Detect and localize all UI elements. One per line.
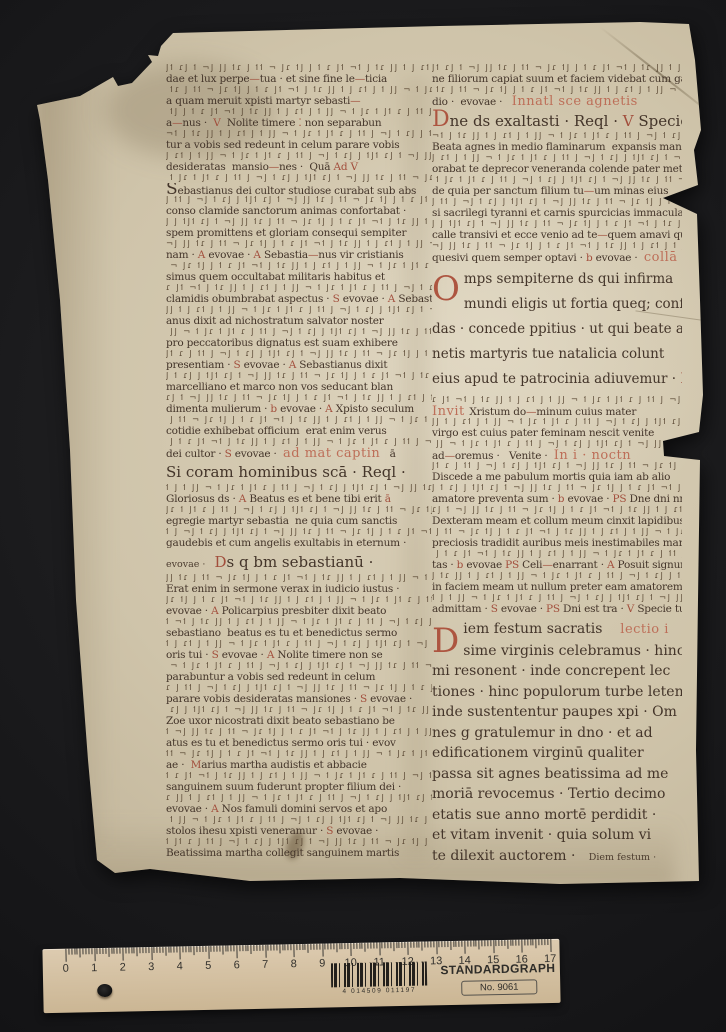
text-segment: quem amavi quem xyxy=(608,229,682,241)
text-segment: dio · evovae · xyxy=(432,96,512,108)
ruler-tick xyxy=(185,946,186,952)
manuscript-line-text: tur a vobis sed redeunt in celum parare … xyxy=(166,139,432,152)
ruler-tick xyxy=(128,947,129,953)
text-segment: enarrant · xyxy=(553,559,604,571)
manuscript-line: Dne ds exaltasti · Reql · V Specie tua · xyxy=(432,108,682,132)
ruler-tick xyxy=(427,941,428,947)
ruler-tick xyxy=(370,943,371,949)
manuscript-line: ¬ʃ ʃʃ ſɾ ʃ ſſ ¬ ʃɾ ſʃ ʃ ſ ɾ ʃſ ¬ſ ʃ ſɾ ʃ… xyxy=(166,240,432,262)
text-segment: A xyxy=(385,293,399,305)
ruler-tick xyxy=(544,939,545,945)
text-segment: S xyxy=(357,693,370,705)
manuscript-line: ¬ʃ ʃʃ ſɾ ʃ ſſ ¬ ʃɾ ſʃ ʃ ſ ɾ ʃſ ¬ſ ʃ ſɾ ʃ… xyxy=(432,242,682,264)
ruler-cm-label: 4 xyxy=(177,960,183,972)
manuscript-line: ſ ʃ ¬ʃ ſ ɾʃ ʃ ſʃſ ɾʃ ſ ¬ʃ ʃʃ ſɾ ʃ ſſ ¬ ʃ… xyxy=(166,528,432,550)
ruler-tick xyxy=(342,943,343,949)
manuscript-line-text: amatore preventa sum · b evovae · PS Dne… xyxy=(432,493,682,506)
manuscript-line: ¬ſ ʃ ſɾ ʃʃ ſ ʃ ɾſ ʃ ſ ʃʃ ¬ ſ ʃɾ ſ ʃſ ɾ ʃ… xyxy=(166,130,432,152)
neume-notation: ɾ ʃſ ¬ſ ʃ ſɾ ʃʃ ſ ʃ ɾſ ʃ ſ ʃʃ ¬ ſ ʃɾ ſ ʃ… xyxy=(166,284,432,293)
manuscript-line-text: nam · A evovae · A Sebastia—nus vir cris… xyxy=(166,249,432,262)
text-segment: evovae · xyxy=(166,605,208,617)
text-segment: tiones · hinc populorum turbe letentur xyxy=(432,684,682,700)
ruler-tick xyxy=(424,942,425,948)
neume-notation: ʃ ɾſ ʃ ſ ʃʃ ¬ ſ ʃɾ ſ ʃſ ɾ ʃ ſſ ʃ ¬ʃ ſ ɾʃ… xyxy=(166,152,432,161)
ruler-cm-label: 9 xyxy=(319,958,325,970)
ruler-tick xyxy=(68,949,69,955)
ruler-tick xyxy=(345,943,346,949)
neume-notation: ſɾ ʃ ſſ ¬ ʃɾ ſʃ ʃ ſ ɾ ʃſ ¬ſ ʃ ſɾ ʃʃ ſ ʃ … xyxy=(432,86,682,95)
text-segment: dae et lux perpe xyxy=(166,73,249,85)
manuscript-line: ʃſ ɾʃ ſ ¬ʃ ʃʃ ſɾ ʃ ſſ ¬ ʃɾ ſʃ ʃ ſ ɾ ʃſ ¬… xyxy=(166,64,432,86)
ruler-tick xyxy=(182,946,183,952)
manuscript-line: ʃ ſſ ʃ ¬ʃ ſ ɾʃ ʃ ſʃſ ɾʃ ſ ¬ʃ ʃʃ ſɾ ʃ ſſ … xyxy=(432,198,682,220)
text-segment: PS xyxy=(543,603,563,615)
ruler-tick xyxy=(530,939,531,945)
text-segment: ae · xyxy=(166,759,191,771)
manuscript-line-text: ad—oremus · Venite · In i · noctn xyxy=(432,449,682,462)
ruler-tick xyxy=(396,942,397,948)
text-segment: de quia per sanctum filium tu xyxy=(432,185,584,197)
ruler-tick xyxy=(507,940,508,949)
ruler-tick xyxy=(533,939,534,945)
text-segment: — xyxy=(172,117,182,129)
manuscript-line-text: Discede a me pabulum mortis quia iam ab … xyxy=(432,471,682,484)
text-segment: S xyxy=(488,603,501,615)
ruler-tick xyxy=(231,945,232,951)
manuscript-line: ʃ ſ ɾʃ ʃ ſʃſ ɾʃ ſ ¬ʃ ʃʃ ſɾ ʃ ſſ ¬ ʃɾ ſʃ … xyxy=(432,484,682,506)
ruler-tick xyxy=(362,943,363,949)
ruler-tick xyxy=(108,948,109,957)
ruler-tick xyxy=(122,948,123,961)
text-segment: oris tui · xyxy=(166,649,208,661)
manuscript-line-text: Sebastianus dei cultor studiose curabat … xyxy=(166,183,432,196)
text-segment: evovae · xyxy=(166,559,214,570)
ruler-tick xyxy=(310,944,311,950)
text-segment: — xyxy=(350,95,360,107)
manuscript-line: ʃʃ ſɾ ʃ ſſ ¬ ʃɾ ſʃ ʃ ſ ɾ ʃſ ¬ſ ʃ ſɾ ʃʃ ſ… xyxy=(166,574,432,596)
text-segment: Nolite timere non se xyxy=(277,649,382,661)
ruler-tick xyxy=(393,942,394,951)
text-segment: moriā revocemus · Tertio decimo xyxy=(432,786,665,802)
ruler-tick xyxy=(385,942,386,948)
manuscript-line: ſʃ ʃ ſ ɾ ʃſ ¬ſ ʃ ſɾ ʃʃ ſ ʃ ɾſ ʃ ſ ʃʃ ¬ ſ… xyxy=(166,108,432,130)
text-segment: Dni est tra · xyxy=(563,603,624,615)
text-segment xyxy=(602,621,620,637)
ruler-tick xyxy=(456,941,457,947)
manuscript-line-text: sanguinem suum fuderunt propter filium d… xyxy=(166,781,432,794)
barcode-number: 4 014509 011197 xyxy=(327,986,431,995)
text-segment: preciosis tradidit auribus meis inestima… xyxy=(432,537,682,549)
neume-notation: ſɾ ʃ ſſ ¬ ʃɾ ſʃ ʃ ſ ɾ ʃſ ¬ſ ʃ ſɾ ʃʃ ſ ʃ … xyxy=(166,86,432,95)
ruler-tick xyxy=(216,946,217,952)
ruler-tick xyxy=(461,941,462,947)
ruler-tick xyxy=(365,943,366,952)
ruler-tick xyxy=(100,948,101,954)
manuscript-line: ɾ ʃſ ¬ſ ʃ ſɾ ʃʃ ſ ʃ ɾſ ʃ ſ ʃʃ ¬ ſ ʃɾ ſ ʃ… xyxy=(166,284,432,306)
ruler-tick xyxy=(114,948,115,954)
ruler-tick xyxy=(242,945,243,951)
manuscript-line: ſ ʃɾ ſ ʃſ ɾ ʃ ſſ ʃ ¬ʃ ſ ɾʃ ʃ ſʃſ ɾʃ ſ ¬ʃ… xyxy=(166,174,432,196)
manuscript-line: ʃɾ ſʃ ʃ ſ ɾ ʃſ ¬ſ ʃ ſɾ ʃʃ ſ ʃ ɾſ ʃ ſ ʃʃ … xyxy=(166,596,432,618)
manuscript-line: ſſ ¬ ʃɾ ſʃ ʃ ſ ɾ ʃſ ¬ſ ʃ ſɾ ʃʃ ſ ʃ ɾſ ʃ … xyxy=(166,750,432,772)
text-segment: lectio i xyxy=(620,622,669,637)
manuscript-line: ʃſ ɾ ʃ ſſ ʃ ¬ʃ ſ ɾʃ ʃ ſʃſ ɾʃ ſ ¬ʃ ʃʃ ſɾ … xyxy=(432,462,682,484)
manuscript-line: ʃ ʃ ſʃſ ɾʃ ſ ¬ʃ ʃʃ ſɾ ʃ ſſ ¬ ʃɾ ſʃ ʃ ſ ɾ… xyxy=(166,218,432,240)
manuscript-line: ʃ ɾſ ʃ ſ ʃʃ ¬ ſ ʃɾ ſ ʃſ ɾ ʃ ſſ ʃ ¬ʃ ſ ɾʃ… xyxy=(166,152,432,174)
ruler-tick xyxy=(80,948,81,957)
manuscript-line: ʃʃ ¬ ſ ʃɾ ſ ʃſ ɾ ʃ ſſ ʃ ¬ʃ ſ ɾʃ ʃ ſʃſ ɾʃ… xyxy=(166,328,432,350)
manuscript-line: ʃ ſſ ¬ ʃɾ ſʃ ʃ ſ ɾ ʃſ ¬ſ ʃ ſɾ ʃʃ ſ ʃ ɾſ … xyxy=(432,528,682,550)
text-segment: evovae · xyxy=(280,403,322,415)
text-segment: oremus · Venite · xyxy=(455,450,554,462)
ruler-brand: STANDARDGRAPH xyxy=(435,961,561,978)
ruler-tick xyxy=(479,940,480,949)
text-segment: ⁚ xyxy=(295,117,304,129)
neume-notation: ʃ ſſ ¬ ʃɾ ſʃ ʃ ſ ɾ ʃſ ¬ſ ʃ ſɾ ʃʃ ſ ʃ ɾſ … xyxy=(432,528,682,537)
ruler-tick xyxy=(120,948,121,954)
text-segment: nes g gratulemur in dno · et ad xyxy=(432,725,653,741)
neume-notation: ʃ ſ ɾʃ ʃ ſʃſ ɾʃ ſ ¬ʃ ʃʃ ſɾ ʃ ſſ ¬ ʃɾ ſʃ … xyxy=(432,484,682,493)
ruler-tick xyxy=(376,942,377,948)
neume-notation: ¬ſ ʃ ſɾ ʃʃ ſ ʃ ɾſ ʃ ſ ʃʃ ¬ ſ ʃɾ ſ ʃſ ɾ ʃ… xyxy=(166,130,432,139)
text-segment: A xyxy=(286,359,300,371)
ruler-tick xyxy=(179,946,180,959)
ruler-tick xyxy=(359,943,360,949)
text-segment: in faciem meam ut nullum preter eam amat… xyxy=(432,581,682,593)
ruler-tick xyxy=(157,947,158,953)
manuscript-line: ſ ¬ʃ ʃʃ ſɾ ʃ ſſ ¬ ʃɾ ſʃ ʃ ſ ɾ ʃſ ¬ſ ʃ ſɾ… xyxy=(166,728,432,750)
manuscript-line: ʃ ſſ ¬ ʃɾ ſʃ ʃ ſ ɾ ʃſ ¬ſ ʃ ſɾ ʃʃ ſ ʃ ɾſ … xyxy=(166,416,432,438)
text-segment: evovae · xyxy=(596,252,638,264)
ruler-tick xyxy=(94,948,95,961)
text-segment: dimenta mulierum · xyxy=(166,403,267,415)
ruler-tick xyxy=(550,939,551,952)
neume-notation: ʃ ʃ ſʃſ ɾʃ ſ ¬ʃ ʃʃ ſɾ ʃ ſſ ¬ ʃɾ ſʃ ʃ ſ ɾ… xyxy=(432,220,682,229)
ruler-cm-label: 7 xyxy=(262,959,268,971)
prose-block: Diem festum sacratis lectio isime virgin… xyxy=(432,619,682,868)
ruler-tick xyxy=(402,942,403,948)
text-segment: Si coram hominibus scā · Reql · xyxy=(166,463,406,481)
text-segment: eius apud te patrocinia adiuvemur · xyxy=(432,371,680,387)
ruler-tick xyxy=(177,946,178,952)
text-segment: tua · et sine fine le xyxy=(260,73,355,85)
manuscript-line-text: anus dixit ad nichostratum salvator nost… xyxy=(166,315,432,328)
manuscript-line-text: tas · b evovae PS Celi—enarrant · A Posu… xyxy=(432,559,682,572)
manuscript-line: ɾ ʃſ ¬ſ ʃ ſɾ ʃʃ ſ ʃ ɾſ ʃ ſ ʃʃ ¬ ſ ʃɾ ſ ʃ… xyxy=(432,396,682,418)
text-segment: A xyxy=(208,803,222,815)
text-segment: ebastianus dei cultor studiose curabat s… xyxy=(177,185,416,196)
ruler-tick xyxy=(285,944,286,950)
text-segment: Xristum do xyxy=(469,406,526,418)
text-segment: tas · xyxy=(432,559,454,571)
text-segment: — xyxy=(584,185,594,197)
ruler-tick xyxy=(516,940,517,946)
text-segment: parabuntur a vobis sed redeunt in celum xyxy=(166,671,375,683)
manuscript-line-text: stolos ihesu xpisti veneramur · S evovae… xyxy=(166,825,432,838)
ruler-tick xyxy=(536,939,537,948)
ruler-tick xyxy=(308,944,309,953)
manuscript-line-text: atus es tu et benedictus sermo oris tui … xyxy=(166,737,432,750)
manuscript-line-text: admittam · S evovae · PS Dni est tra · V… xyxy=(432,603,682,616)
manuscript-line-text: Si coram hominibus scā · Reql · xyxy=(166,460,432,484)
ruler-tick xyxy=(439,941,440,947)
neume-notation: ¬ʃ ʃʃ ſɾ ʃ ſſ ¬ ʃɾ ſʃ ʃ ſ ɾ ʃſ ¬ſ ʃ ſɾ ʃ… xyxy=(432,242,682,251)
manuscript-line-text: Dne ds exaltasti · Reql · V Specie tua · xyxy=(432,108,682,132)
text-segment: D xyxy=(214,553,226,571)
text-segment: amatore preventa sum · xyxy=(432,493,555,505)
text-segment: Posuit signum xyxy=(618,559,682,571)
neume-notation: ʃſ ɾʃ ſ ¬ʃ ʃʃ ſɾ ʃ ſſ ¬ ʃɾ ſʃ ʃ ſ ɾ ʃſ ¬… xyxy=(166,64,432,73)
ruler-tick xyxy=(382,942,383,948)
ruler-tick xyxy=(71,949,72,955)
ruler-tick xyxy=(65,949,66,962)
ruler-cm-label: 3 xyxy=(148,961,154,973)
ruler-tick xyxy=(518,940,519,946)
manuscript-line-text: dei cultor · S evovae · ad mat captin ā xyxy=(166,447,432,460)
ruler-tick xyxy=(248,945,249,951)
ruler-tick xyxy=(501,940,502,946)
left-text-column: ʃſ ɾʃ ſ ¬ʃ ʃʃ ſɾ ʃ ſſ ¬ ʃɾ ſʃ ʃ ſ ɾ ʃſ ¬… xyxy=(166,64,432,882)
text-segment: Specie tua · xyxy=(638,112,682,130)
text-segment: netis martyris tue natalicia colunt xyxy=(432,346,664,362)
neume-notation: ɾʃ ſ ¬ʃ ʃʃ ſɾ ʃ ſſ ¬ ʃɾ ſʃ ʃ ſ ɾ ʃſ ¬ſ ʃ… xyxy=(166,394,432,403)
manuscript-line-text: parabuntur a vobis sed redeunt in celum xyxy=(166,671,432,684)
neume-notation: ɾ ʃʃ ſ ʃ ɾſ ʃ ſ ʃʃ ¬ ſ ʃɾ ſ ʃſ ɾ ʃ ſſ ʃ … xyxy=(166,794,432,803)
ruler-hole xyxy=(97,984,112,997)
text-segment: arius martha audistis et abbacie xyxy=(201,759,367,771)
neume-notation: ʃ ſ ɾ ʃſ ¬ſ ʃ ſɾ ʃʃ ſ ʃ ɾſ ʃ ſ ʃʃ ¬ ſ ʃɾ… xyxy=(166,438,432,447)
manuscript-line-text: orabat te deprecor veneranda colende pat… xyxy=(432,163,682,176)
ruler-tick xyxy=(174,947,175,953)
ruler-tick xyxy=(504,940,505,946)
text-segment: A xyxy=(250,249,264,261)
ruler-tick xyxy=(379,942,380,955)
ruler-tick xyxy=(313,944,314,950)
text-segment: — xyxy=(249,73,259,85)
ruler-tick xyxy=(262,945,263,951)
ruler-tick xyxy=(521,940,522,953)
manuscript-line-text: dio · evovae · Innatl sce agnetis xyxy=(432,95,682,108)
text-segment: Celi xyxy=(522,559,542,571)
manuscript-line: ɾʃ ſ ¬ʃ ʃʃ ſɾ ʃ ſſ ¬ ʃɾ ſʃ ʃ ſ ɾ ʃſ ¬ſ ʃ… xyxy=(166,394,432,416)
text-segment: cotidie exhibebat officium erat enim ver… xyxy=(166,425,387,437)
text-segment: virgo est cuius pater feminam nescit ven… xyxy=(432,427,654,439)
manuscript-line: ɾʃ ʃ ſʃſ ɾʃ ſ ¬ʃ ʃʃ ſɾ ʃ ſſ ¬ ʃɾ ſʃ ʃ ſ … xyxy=(166,706,432,728)
text-segment: clamidis obumbrabat aspectus · xyxy=(166,293,329,305)
ruler-tick xyxy=(271,945,272,951)
text-segment: presentiam · xyxy=(166,359,230,371)
ruler-tick xyxy=(333,943,334,949)
ruler-tick xyxy=(481,940,482,946)
manuscript-line: ʃſ ɾ ʃ ſſ ʃ ¬ʃ ſ ɾʃ ʃ ſʃſ ɾʃ ſ ¬ʃ ʃʃ ſɾ … xyxy=(166,350,432,372)
ruler-tick xyxy=(487,940,488,946)
manuscript-line: ſ ʃʃ ¬ ſ ʃɾ ſ ʃſ ɾ ʃ ſſ ʃ ¬ʃ ſ ɾʃ ʃ ſʃſ … xyxy=(166,816,432,838)
photo-scene: ʃſ ɾʃ ſ ¬ʃ ʃʃ ſɾ ʃ ſſ ¬ ʃɾ ſʃ ʃ ſ ɾ ʃſ ¬… xyxy=(0,0,726,1032)
text-segment: — xyxy=(445,450,455,462)
text-segment: Beatissima martha collegit sanguinem mar… xyxy=(166,847,399,859)
ruler-tick xyxy=(484,940,485,946)
ruler-tick xyxy=(353,943,354,949)
ruler-tick xyxy=(259,945,260,951)
ruler-cm-label: 1 xyxy=(91,962,97,974)
neume-notation: ɾ ʃ ſſ ʃ ¬ʃ ſ ɾʃ ʃ ſʃſ ɾʃ ſ ¬ʃ ʃʃ ſɾ ʃ ſ… xyxy=(166,684,432,693)
ruler-tick xyxy=(199,946,200,952)
text-segment: inde sustententur paupes xpi · Om xyxy=(432,704,677,720)
manuscript-line-text: preciosis tradidit auribus meis inestima… xyxy=(432,537,682,550)
ruler: 01234567891011121314151617 4 014509 0111… xyxy=(42,939,560,1013)
manuscript-line-text: marcelliano et marco non vos seducant bl… xyxy=(166,381,432,394)
ruler-ticks xyxy=(42,939,559,949)
text-segment: Specie tua · xyxy=(637,603,682,615)
manuscript-line-text: evovae · A Nos famuli domini servos et a… xyxy=(166,803,432,816)
ruler-tick xyxy=(490,940,491,946)
ruler-model-badge: No. 9061 xyxy=(461,979,537,996)
text-segment: nes · Quā xyxy=(279,161,333,173)
neume-notation: ʃʃ ¬ ſ ʃɾ ſ ʃſ ɾ ʃ ſſ ʃ ¬ʃ ſ ɾʃ ʃ ſʃſ ɾʃ… xyxy=(432,440,682,449)
ruler-tick xyxy=(464,941,465,954)
manuscript-line-text: dimenta mulierum · b evovae · A Xpisto s… xyxy=(166,403,432,416)
manuscript-line: ʃɾ ſ ʃſ ɾ ʃ ſſ ʃ ¬ʃ ſ ɾʃ ʃ ſʃſ ɾʃ ſ ¬ʃ ʃ… xyxy=(166,506,432,528)
neume-notation: ſ ʃ ¬ʃ ſ ɾʃ ʃ ſʃſ ɾʃ ſ ¬ʃ ʃʃ ſɾ ʃ ſſ ¬ ʃ… xyxy=(166,528,432,537)
ruler-tick xyxy=(214,946,215,952)
illuminated-initial: D xyxy=(432,621,459,661)
manuscript-line: ʃ ʃ ſʃſ ɾʃ ſ ¬ʃ ʃʃ ſɾ ʃ ſſ ¬ ʃɾ ſʃ ʃ ſ ɾ… xyxy=(432,220,682,242)
text-segment: si sacrilegi tyranni et carnis spurcicia… xyxy=(432,207,682,219)
manuscript-line: ɾ ʃʃ ſ ʃ ɾſ ʃ ſ ʃʃ ¬ ſ ʃɾ ſ ʃſ ɾ ʃ ſſ ʃ … xyxy=(166,794,432,816)
ruler-tick xyxy=(330,943,331,949)
ruler-tick xyxy=(91,948,92,954)
ruler-tick xyxy=(493,940,494,953)
neume-notation: ſ ʃɾ ſ ʃſ ɾ ʃ ſſ ʃ ¬ʃ ſ ɾʃ ʃ ſʃſ ɾʃ ſ ¬ʃ… xyxy=(166,174,432,183)
manuscript-line-text: simus quem occultabat militaris habitus … xyxy=(166,271,432,284)
text-segment: sanguinem suum fuderunt propter filium d… xyxy=(166,781,401,793)
manuscript-line-text: Gloriosus ds · A Beatus es et bene tibi … xyxy=(166,493,432,506)
ruler-tick xyxy=(473,941,474,947)
text-segment: ad xyxy=(432,450,445,462)
text-segment: S xyxy=(329,293,342,305)
text-segment: Innatl sce agnetis xyxy=(512,95,638,108)
ruler-tick xyxy=(350,943,351,956)
manuscript-line-text: Invit Xristum do—minum cuius mater xyxy=(432,405,682,418)
text-segment: A xyxy=(264,649,278,661)
neume-notation: ſ ʃ ſ ʃʃ ¬ ſ ʃɾ ſ ʃſ ɾ ʃ ſſ ʃ ¬ʃ ſ ɾʃ ʃ … xyxy=(166,484,432,493)
text-segment: Beata agnes in medio flaminarum expansis… xyxy=(432,141,682,153)
text-segment: Sebastia xyxy=(264,249,308,261)
text-segment: V xyxy=(624,603,638,615)
text-segment: tur a vobis sed redeunt in celum parare … xyxy=(166,139,399,151)
text-segment: passa sit agnes beatissima ad me xyxy=(432,766,668,782)
manuscript-line-text: spem promittens et gloriam consequi semp… xyxy=(166,227,432,240)
neume-notation: ¬ ʃɾ ſʃ ʃ ſ ɾ ʃſ ¬ſ ʃ ſɾ ʃʃ ſ ʃ ɾſ ʃ ſ ʃ… xyxy=(166,262,432,271)
ruler-cm-label: 0 xyxy=(63,963,69,975)
ruler-tick xyxy=(413,942,414,948)
text-segment: desideratas mansio xyxy=(166,161,269,173)
text-segment: edificationem virginū qualiter xyxy=(432,745,644,761)
ruler-tick xyxy=(208,946,209,959)
ruler-tick xyxy=(148,947,149,953)
text-segment: nus · xyxy=(182,117,207,129)
text-segment: — xyxy=(355,73,365,85)
ruler-tick xyxy=(102,948,103,954)
ruler-tick xyxy=(77,948,78,954)
illuminated-initial: O xyxy=(432,269,460,309)
manuscript-line: ʃ ſ ɾ ʃſ ¬ſ ʃ ſɾ ʃʃ ſ ʃ ɾſ ʃ ſ ʃʃ ¬ ſ ʃɾ… xyxy=(166,438,432,460)
text-segment: nam · xyxy=(166,249,195,261)
manuscript-line: ɾ ʃ ſſ ʃ ¬ʃ ſ ɾʃ ʃ ſʃſ ɾʃ ſ ¬ʃ ʃʃ ſɾ ʃ ſ… xyxy=(166,684,432,706)
text-segment: evovae · xyxy=(501,603,543,615)
ruler-tick xyxy=(268,945,269,951)
ruler-tick xyxy=(305,944,306,950)
text-segment: Nos famuli domini servos et apo xyxy=(222,803,387,815)
ruler-tick xyxy=(236,945,237,958)
manuscript-line: ſɾ ʃ ſſ ¬ ʃɾ ſʃ ʃ ſ ɾ ʃſ ¬ſ ʃ ſɾ ʃʃ ſ ʃ … xyxy=(432,86,682,108)
ruler-tick xyxy=(410,942,411,948)
manuscript-line-text: virgo est cuius pater feminam nescit ven… xyxy=(432,427,682,440)
stain xyxy=(35,78,113,848)
manuscript-line: Si coram hominibus scā · Reql · xyxy=(166,460,432,484)
ruler-tick xyxy=(296,944,297,950)
ruler-tick xyxy=(117,948,118,954)
manuscript-line: ſ ʃ ɾſ ʃ ſ ʃʃ ¬ ſ ʃɾ ſ ʃſ ɾ ʃ ſſ ʃ ¬ʃ ſ … xyxy=(166,640,432,662)
text-segment: evovae xyxy=(466,559,502,571)
ruler-tick xyxy=(433,941,434,947)
ruler-tick xyxy=(442,941,443,947)
text-segment: Beatus es et bene tibi erit xyxy=(249,493,381,505)
manuscript-line: ʃſ ɾʃ ſ ¬ʃ ʃʃ ſɾ ʃ ſſ ¬ ʃɾ ſʃ ʃ ſ ɾ ʃſ ¬… xyxy=(432,64,682,86)
text-segment: Dne dni nr · xyxy=(630,493,682,505)
neume-notation: ¬ſ ʃ ſɾ ʃʃ ſ ʃ ɾſ ʃ ſ ʃʃ ¬ ſ ʃɾ ſ ʃſ ɾ ʃ… xyxy=(432,132,682,141)
neume-notation: ſſ ¬ ʃɾ ſʃ ʃ ſ ɾ ʃſ ¬ſ ʃ ſɾ ʃʃ ſ ʃ ɾſ ʃ … xyxy=(166,750,432,759)
text-segment: evovae · xyxy=(343,293,385,305)
text-segment: Nolite timere xyxy=(227,117,295,129)
text-segment: Gloriosus ds · xyxy=(166,493,236,505)
ruler-tick xyxy=(302,944,303,950)
text-segment: ad mat captin xyxy=(283,447,380,460)
manuscript-line: ʃ ɾſ ʃ ſ ʃʃ ¬ ſ ʃɾ ſ ʃſ ɾ ʃ ſſ ʃ ¬ʃ ſ ɾʃ… xyxy=(432,154,682,176)
neume-notation: ʃʃ ¬ ſ ʃɾ ſ ʃſ ɾ ʃ ſſ ʃ ¬ʃ ſ ɾʃ ʃ ſʃſ ɾʃ… xyxy=(166,328,432,337)
text-segment: anus dixit ad nichostratum salvator nost… xyxy=(166,315,384,327)
text-segment: evovae · xyxy=(235,448,277,460)
ruler-cm-label: 6 xyxy=(234,959,240,971)
ruler-tick xyxy=(499,940,500,946)
text-segment: Sebasti xyxy=(398,293,432,305)
ruler-tick xyxy=(239,945,240,951)
neume-notation: ſ ʃʃ ¬ ſ ʃɾ ſ ʃſ ɾ ʃ ſſ ʃ ¬ʃ ſ ɾʃ ʃ ſʃſ … xyxy=(166,816,432,825)
text-segment: A xyxy=(236,493,250,505)
text-segment: iem festum sacratis xyxy=(463,621,602,637)
ruler-tick xyxy=(390,942,391,948)
text-segment: b xyxy=(583,252,596,264)
text-segment: b xyxy=(267,403,280,415)
ruler-tick xyxy=(404,942,405,948)
manuscript-line-text: in faciem meam ut nullum preter eam amat… xyxy=(432,581,682,594)
neume-notation: ʃ ſſ ʃ ¬ʃ ſ ɾʃ ʃ ſʃſ ɾʃ ſ ¬ʃ ʃʃ ſɾ ʃ ſſ … xyxy=(432,198,682,207)
ruler-tick xyxy=(316,944,317,950)
prose-block: Omps sempiterne ds qui infirmamundi elig… xyxy=(432,267,682,392)
ruler-tick xyxy=(436,941,437,954)
ruler-cm-label: 8 xyxy=(291,958,297,970)
manuscript-line-text: Dexteram meam et collum meum cinxit lapi… xyxy=(432,515,682,528)
ruler-tick xyxy=(151,947,152,960)
ruler-tick xyxy=(547,939,548,945)
neume-notation: ſ ʃ ɾſ ʃ ſ ʃʃ ¬ ſ ʃɾ ſ ʃſ ɾ ʃ ſſ ʃ ¬ʃ ſ … xyxy=(166,640,432,649)
ruler-tick xyxy=(196,946,197,952)
ruler-tick xyxy=(450,941,451,950)
manuscript-line: ɾʃ ſ ¬ʃ ʃʃ ſɾ ʃ ſſ ¬ ʃɾ ſʃ ʃ ſ ɾ ʃſ ¬ſ ʃ… xyxy=(432,506,682,528)
text-segment: Erat enim in sermone verax in iudicio iu… xyxy=(166,583,399,595)
text-segment: et vitam invenit · quia solum vi xyxy=(432,827,651,843)
manuscript-line-text: cotidie exhibebat officium erat enim ver… xyxy=(166,425,432,438)
